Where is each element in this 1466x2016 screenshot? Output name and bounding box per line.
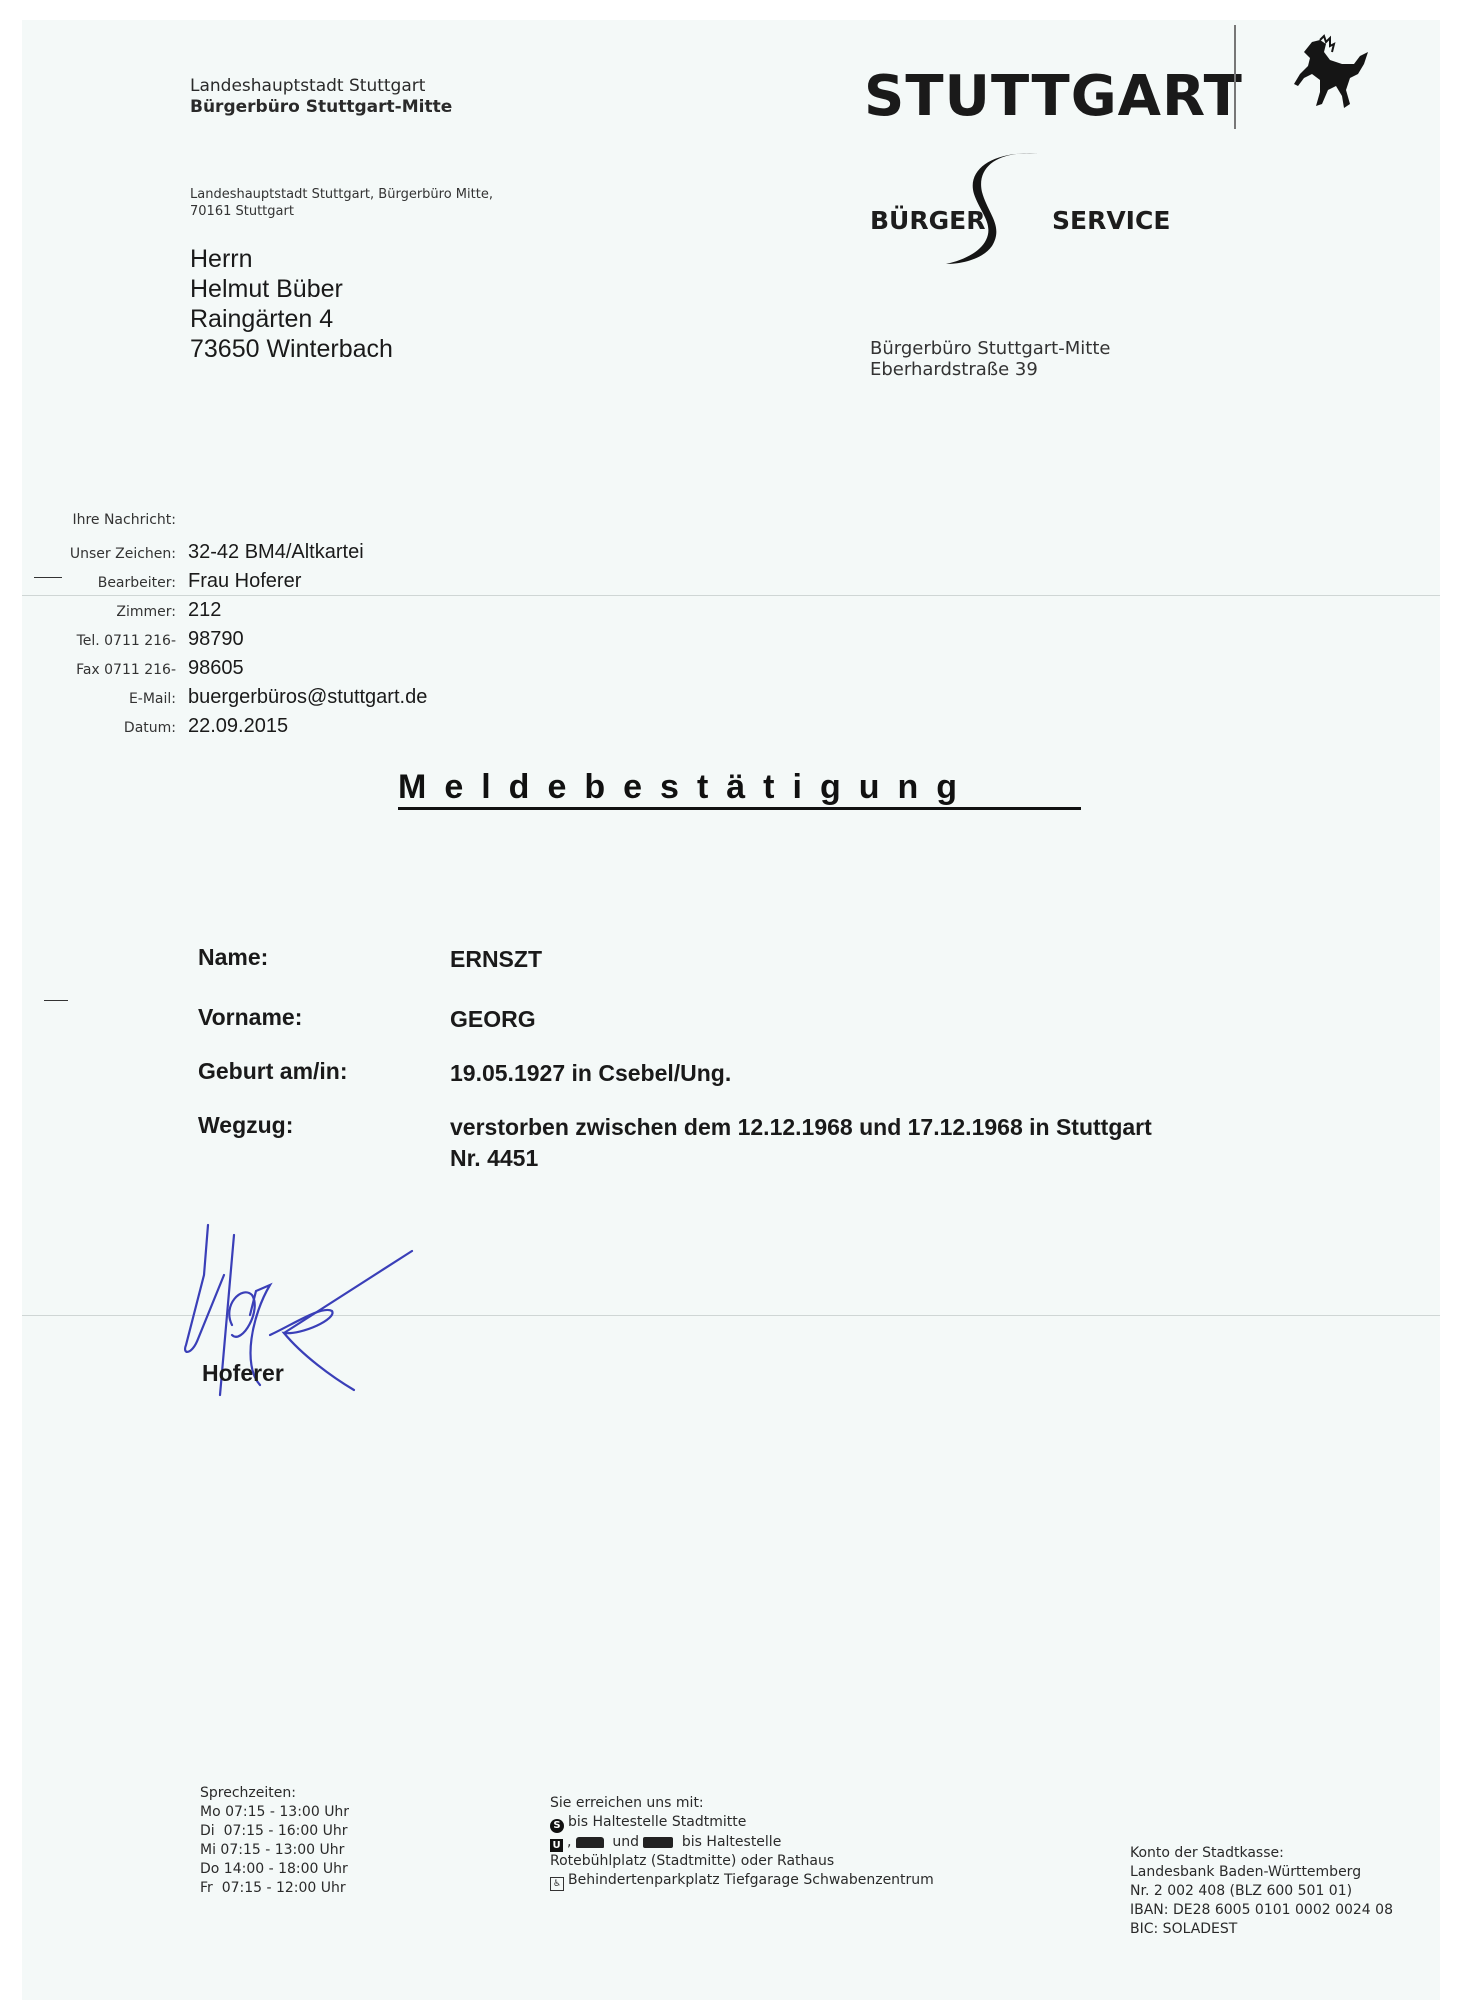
ref-value: Frau Hoferer: [188, 570, 301, 593]
ref-label: E-Mail:: [52, 691, 188, 707]
ref-label: Bearbeiter:: [52, 575, 188, 591]
bank-title: Konto der Stadtkasse:: [1130, 1844, 1393, 1863]
transport-parking-text: Behindertenparkplatz Tiefgarage Schwaben…: [568, 1872, 934, 1888]
office-hours: Sprechzeiten: Mo 07:15 - 13:00 Uhr Di 07…: [200, 1784, 349, 1898]
bank-bic: BIC: SOLADEST: [1130, 1920, 1393, 1939]
recipient-street: Raingärten 4: [190, 304, 393, 334]
s-swoosh-icon: [940, 148, 1050, 268]
punch-mark: [44, 1000, 68, 1001]
field-value-line2: Nr. 4451: [450, 1143, 1152, 1174]
org-name: Landeshauptstadt Stuttgart: [190, 76, 452, 97]
hours-row: Mo 07:15 - 13:00 Uhr: [200, 1803, 349, 1822]
ubahn-icon: U: [550, 1839, 563, 1852]
field-wegzug: Wegzug: verstorben zwischen dem 12.12.19…: [198, 1112, 1152, 1174]
ref-row-fax: Fax 0711 216- 98605: [52, 657, 427, 686]
tram-icon: [576, 1837, 604, 1848]
field-value: ERNSZT: [450, 944, 542, 1004]
letter-page: Landeshauptstadt Stuttgart Bürgerbüro St…: [22, 20, 1440, 2000]
registration-fields: Name: ERNSZT Vorname: GEORG Geburt am/in…: [198, 944, 1152, 1174]
bank-info: Konto der Stadtkasse: Landesbank Baden-W…: [1130, 1844, 1393, 1939]
field-label: Vorname:: [198, 1004, 450, 1058]
field-value: verstorben zwischen dem 12.12.1968 und 1…: [450, 1112, 1152, 1143]
recipient-name: Helmut Büber: [190, 274, 393, 304]
ref-row-zimmer: Zimmer: 212: [52, 599, 427, 628]
ref-row-bearbeiter: Bearbeiter: Frau Hoferer: [52, 570, 427, 599]
recipient-address: Herrn Helmut Büber Raingärten 4 73650 Wi…: [190, 244, 393, 364]
field-value: 19.05.1927 in Csebel/Ung.: [450, 1058, 731, 1112]
office-hours-title: Sprechzeiten:: [200, 1784, 349, 1803]
field-value: GEORG: [450, 1004, 536, 1058]
office-address-street: Eberhardstraße 39: [870, 359, 1110, 380]
ref-label: Unser Zeichen:: [52, 546, 188, 562]
field-label: Name:: [198, 944, 450, 1004]
bus-icon: [643, 1837, 673, 1848]
ref-row-unser-zeichen: Unser Zeichen: 32-42 BM4/Altkartei: [52, 541, 427, 570]
header-organisation: Landeshauptstadt Stuttgart Bürgerbüro St…: [190, 76, 452, 118]
field-label: Geburt am/in:: [198, 1058, 450, 1112]
ref-label: Ihre Nachricht:: [52, 512, 188, 528]
transport-info: Sie erreichen uns mit: Sbis Haltestelle …: [550, 1794, 934, 1891]
hours-row: Mi 07:15 - 13:00 Uhr: [200, 1841, 349, 1860]
bank-name: Landesbank Baden-Württemberg: [1130, 1863, 1393, 1882]
ref-value: 212: [188, 599, 221, 622]
title-underline: [398, 807, 1081, 810]
sbahn-icon: S: [550, 1819, 564, 1833]
hours-row: Do 14:00 - 18:00 Uhr: [200, 1860, 349, 1879]
transport-title: Sie erreichen uns mit:: [550, 1794, 934, 1813]
ref-value-email: buergerbüros@stuttgart.de: [188, 686, 427, 709]
ref-row-ihre-nachricht: Ihre Nachricht:: [52, 512, 427, 541]
transport-ubahn-tram-bus: U, und bis Haltestelle: [550, 1833, 934, 1852]
recipient-city: 73650 Winterbach: [190, 334, 393, 364]
office-name: Bürgerbüro Stuttgart-Mitte: [190, 97, 452, 118]
field-geburt: Geburt am/in: 19.05.1927 in Csebel/Ung.: [198, 1058, 1152, 1112]
signer-name: Hoferer: [202, 1360, 284, 1387]
ref-value: 22.09.2015: [188, 715, 288, 738]
ref-label: Fax 0711 216-: [52, 662, 188, 678]
ref-row-datum: Datum: 22.09.2015: [52, 715, 427, 744]
handwritten-signature: [172, 1215, 472, 1435]
stuttgart-logo: STUTTGART: [864, 64, 1243, 129]
transport-bus-text: bis Haltestelle: [682, 1834, 781, 1850]
transport-parking: ♿Behindertenparkplatz Tiefgarage Schwabe…: [550, 1871, 934, 1891]
logo-divider: [1234, 25, 1236, 129]
bank-account: Nr. 2 002 408 (BLZ 600 501 01): [1130, 1882, 1393, 1901]
transport-sbahn: Sbis Haltestelle Stadtmitte: [550, 1813, 934, 1833]
recipient-salutation: Herrn: [190, 244, 393, 274]
ref-row-tel: Tel. 0711 216- 98790: [52, 628, 427, 657]
hours-row: Di 07:15 - 16:00 Uhr: [200, 1822, 349, 1841]
ref-value: 98605: [188, 657, 244, 680]
ref-value: 98790: [188, 628, 244, 651]
ref-label: Zimmer:: [52, 604, 188, 620]
field-name: Name: ERNSZT: [198, 944, 1152, 1004]
transport-sbahn-text: bis Haltestelle Stadtmitte: [568, 1814, 746, 1830]
office-address-name: Bürgerbüro Stuttgart-Mitte: [870, 338, 1110, 359]
document-title: Meldebestätigung: [398, 768, 975, 807]
ref-label: Tel. 0711 216-: [52, 633, 188, 649]
ref-row-email: E-Mail: buergerbüros@stuttgart.de: [52, 686, 427, 715]
sender-line-2: 70161 Stuttgart: [190, 203, 493, 220]
field-vorname: Vorname: GEORG: [198, 1004, 1152, 1058]
buerger-service-logo: BÜRGER SERVICE: [870, 148, 1190, 298]
hours-row: Fr 07:15 - 12:00 Uhr: [200, 1879, 349, 1898]
service-label: SERVICE: [1052, 206, 1170, 235]
sender-line-1: Landeshauptstadt Stuttgart, Bürgerbüro M…: [190, 186, 493, 203]
sender-line: Landeshauptstadt Stuttgart, Bürgerbüro M…: [190, 186, 493, 220]
field-label: Wegzug:: [198, 1112, 450, 1174]
ref-value: 32-42 BM4/Altkartei: [188, 541, 364, 564]
bank-iban: IBAN: DE28 6005 0101 0002 0024 08: [1130, 1901, 1393, 1920]
transport-und: und: [612, 1834, 639, 1850]
office-address: Bürgerbüro Stuttgart-Mitte Eberhardstraß…: [870, 338, 1110, 380]
reference-block: Ihre Nachricht: Unser Zeichen: 32-42 BM4…: [52, 512, 427, 744]
wheelchair-icon: ♿: [550, 1877, 564, 1891]
ref-label: Datum:: [52, 720, 188, 736]
horse-icon: [1284, 34, 1374, 114]
transport-stops: Rotebühlplatz (Stadtmitte) oder Rathaus: [550, 1852, 934, 1871]
